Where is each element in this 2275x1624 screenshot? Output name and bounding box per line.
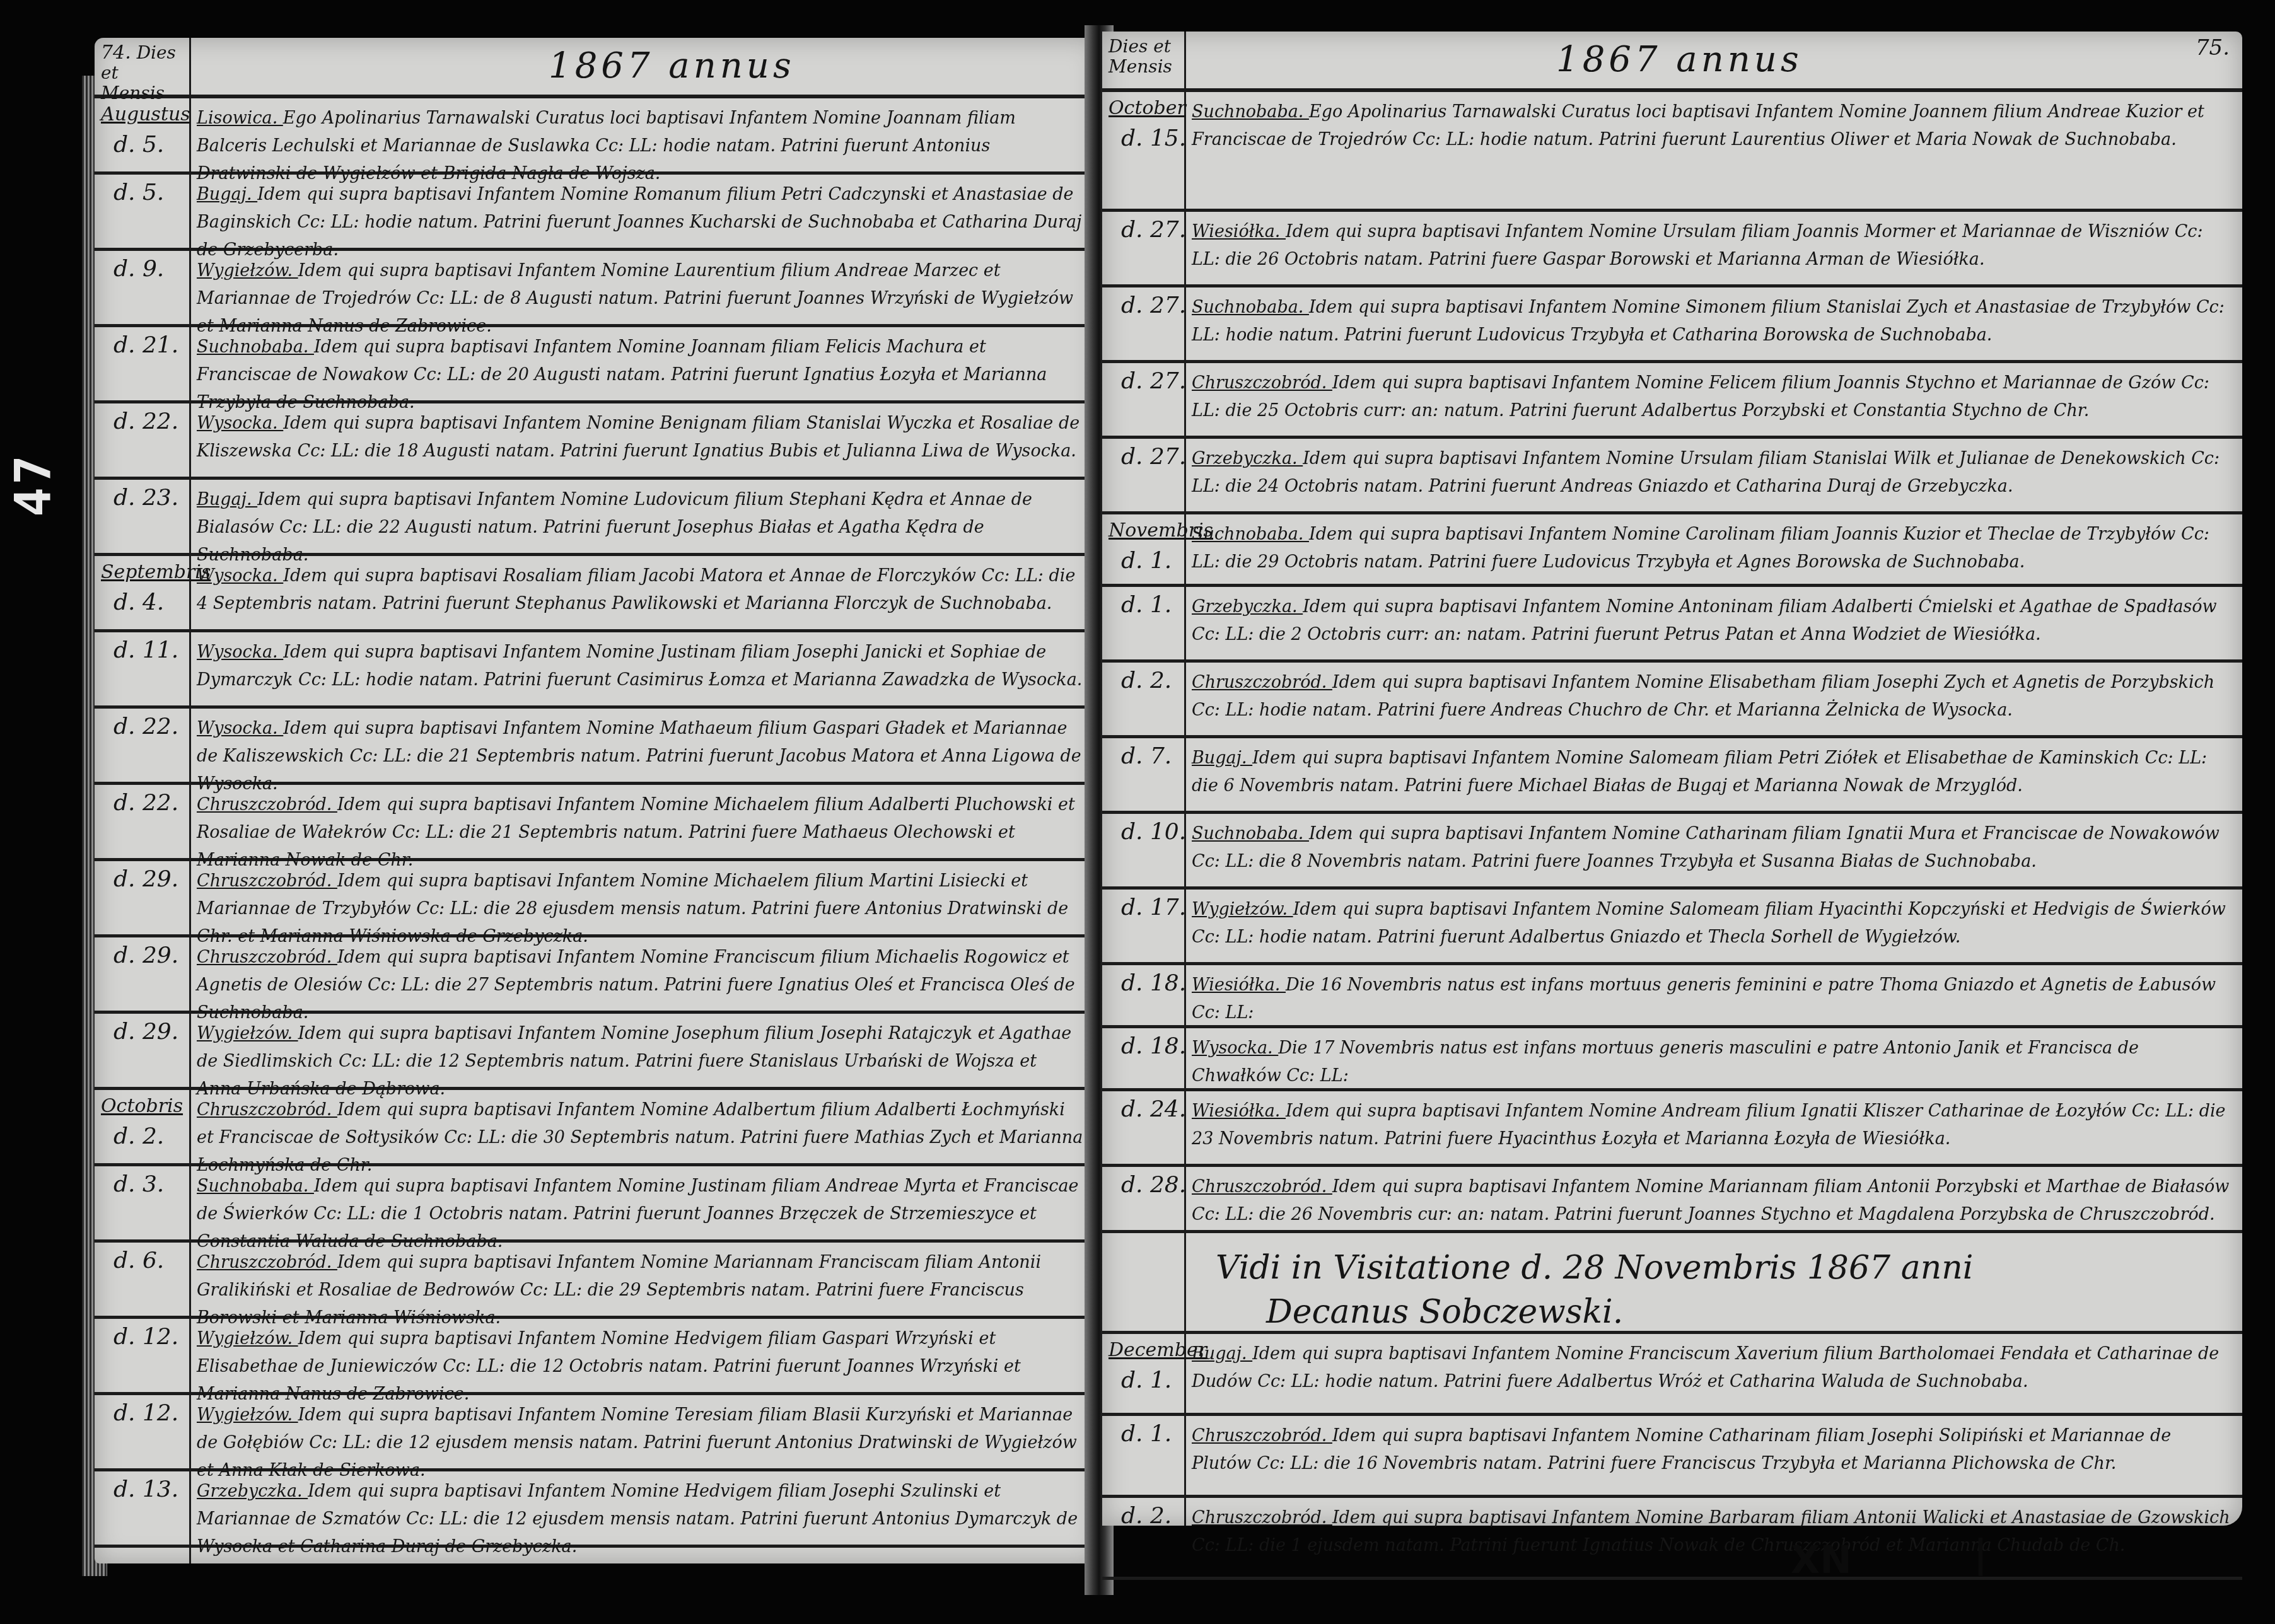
entry-day: d. 29.	[101, 866, 183, 892]
entry-date: d. 1.	[1108, 592, 1190, 618]
entry-village: Suchnobaba.	[197, 337, 314, 357]
entry-body: Idem qui supra baptisavi Infantem Nomine…	[197, 261, 1073, 336]
register-entry: Augustusd. 5.Lisowica. Ego Apolinarius T…	[95, 98, 1097, 175]
register-entry: d. 12.Wygiełzów. Idem qui supra baptisav…	[95, 1395, 1097, 1471]
entry-day: d. 6.	[101, 1248, 183, 1273]
entry-village: Wygiełzów.	[197, 1329, 298, 1348]
entry-date: d. 22.	[101, 714, 183, 739]
entry-body: Idem qui supra baptisavi Infantem Nomine…	[1192, 748, 2207, 796]
register-entry: d. 10.Suchnobaba. Idem qui supra baptisa…	[1102, 814, 2242, 890]
entry-date: d. 12.	[101, 1400, 183, 1426]
entry-text: Wiesiółka. Idem qui supra baptisavi Infa…	[1192, 1098, 2231, 1153]
register-entry: d. 29.Chruszczobród. Idem qui supra bapt…	[95, 861, 1097, 937]
entry-date: d. 27.	[1108, 217, 1190, 243]
register-entry: d. 6.Chruszczobród. Idem qui supra bapti…	[95, 1243, 1097, 1319]
register-entry: d. 17.Wygiełzów. Idem qui supra baptisav…	[1102, 890, 2242, 965]
entry-village: Lisowica.	[197, 108, 283, 128]
entry-body: Idem qui supra baptisavi Infantem Nomine…	[1192, 1177, 2229, 1224]
register-entry: Octoberd. 15.Suchnobaba. Ego Apolinarius…	[1102, 92, 2242, 212]
entry-day: d. 3.	[101, 1171, 183, 1197]
entry-day: d. 2.	[101, 1123, 183, 1149]
entry-village: Bugaj.	[1192, 748, 1252, 768]
entry-day: d. 29.	[101, 1019, 183, 1045]
entry-date: Augustusd. 5.	[101, 103, 183, 158]
entry-day: d. 12.	[101, 1400, 183, 1426]
register-entry: d. 27.Suchnobaba. Idem qui supra baptisa…	[1102, 287, 2242, 363]
entry-day: d. 12.	[101, 1324, 183, 1350]
entry-text: Wiesiółka. Idem qui supra baptisavi Infa…	[1192, 218, 2231, 274]
entry-village: Suchnobaba.	[1192, 824, 1309, 844]
entry-body: Idem qui supra baptisavi Infantem Nomine…	[1192, 1508, 2230, 1555]
entry-village: Wysocka.	[197, 719, 283, 738]
entry-day: d. 17.	[1108, 895, 1190, 920]
entry-date: d. 29.	[101, 1019, 183, 1045]
entry-body: Idem qui supra baptisavi Infantem Nomine…	[197, 642, 1082, 690]
entry-date: d. 11.	[101, 637, 183, 663]
entry-date: Octobrisd. 2.	[101, 1095, 183, 1149]
entry-day: d. 27.	[1108, 293, 1190, 318]
entry-body: Idem qui supra baptisavi Infantem Nomine…	[197, 1024, 1071, 1099]
entry-village: Chruszczobród.	[197, 795, 337, 815]
entry-village: Wygiełzów.	[197, 261, 298, 281]
frame-counter: 47	[0, 460, 81, 517]
entry-day: d. 4.	[101, 589, 183, 615]
entry-village: Wygiełzów.	[1192, 900, 1293, 919]
entry-day: d. 22.	[101, 714, 183, 739]
entry-month: Septembris	[101, 561, 183, 583]
register-entry: Decemberd. 1.Bugaj. Idem qui supra bapti…	[1102, 1334, 2242, 1416]
entry-date: d. 17.	[1108, 895, 1190, 920]
entry-text: Bugaj. Idem qui supra baptisavi Infantem…	[1192, 745, 2231, 800]
entry-day: d. 11.	[101, 637, 183, 663]
entry-village: Chruszczobród.	[197, 1100, 337, 1120]
entry-day: d. 29.	[101, 942, 183, 968]
register-entry: d. 2.Chruszczobród. Idem qui supra bapti…	[1102, 1498, 2242, 1580]
left-page-header: 74. Dies et Mensis 1867 annus	[95, 38, 1097, 98]
visitation-line-1: Vidi in Visitatione d. 28 Novembris 1867…	[1216, 1249, 1973, 1287]
entry-date: d. 22.	[101, 790, 183, 816]
right-page: Dies et Mensis 1867 annus 75. Octoberd. …	[1102, 32, 2242, 1526]
register-entry: d. 18.Wysocka. Die 17 Novembris natus es…	[1102, 1028, 2242, 1091]
entry-day: d. 27.	[1108, 368, 1190, 394]
entry-date: d. 9.	[101, 256, 183, 282]
entry-date: d. 2.	[1108, 668, 1190, 693]
register-entry: d. 9.Wygiełzów. Idem qui supra baptisavi…	[95, 251, 1097, 327]
entry-day: d. 21.	[101, 332, 183, 358]
entry-month: Octobris	[101, 1095, 183, 1117]
entry-day: d. 7.	[1108, 743, 1190, 769]
entry-body: Idem qui supra baptisavi Infantem Nomine…	[1192, 373, 2209, 420]
entry-text: Wygiełzów. Idem qui supra baptisavi Infa…	[1192, 896, 2231, 951]
entry-date: d. 5.	[101, 180, 183, 206]
entry-text: Chruszczobród. Idem qui supra baptisavi …	[1192, 669, 2231, 724]
register-entry: d. 5.Bugaj. Idem qui supra baptisavi Inf…	[95, 175, 1097, 251]
entry-village: Wysocka.	[197, 642, 283, 662]
right-page-header: Dies et Mensis 1867 annus 75.	[1102, 32, 2242, 92]
entry-body: Idem qui supra baptisavi Infantem Nomine…	[197, 719, 1081, 794]
entry-village: Chruszczobród.	[1192, 1508, 1332, 1528]
register-entry: d. 11.Wysocka. Idem qui supra baptisavi …	[95, 632, 1097, 709]
register-entry: d. 22.Chruszczobród. Idem qui supra bapt…	[95, 785, 1097, 861]
entry-village: Grzebyczka.	[1192, 449, 1303, 468]
register-entry: d. 1.Chruszczobród. Idem qui supra bapti…	[1102, 1416, 2242, 1498]
register-entry: d. 29.Wygiełzów. Idem qui supra baptisav…	[95, 1014, 1097, 1090]
entry-body: Ego Apolinarius Tarnawalski Curatus loci…	[1192, 102, 2204, 149]
entry-text: Grzebyczka. Idem qui supra baptisavi Inf…	[197, 1478, 1086, 1561]
entry-day: d. 18.	[1108, 1033, 1190, 1059]
entry-body: Idem qui supra baptisavi Infantem Nomine…	[1192, 298, 2225, 345]
register-entry: d. 18.Wiesiółka. Die 16 Novembris natus …	[1102, 965, 2242, 1028]
entry-body: Idem qui supra baptisavi Infantem Nomine…	[197, 414, 1079, 461]
entry-date: d. 27.	[1108, 368, 1190, 394]
entry-body: Idem qui supra baptisavi Infantem Nomine…	[1192, 597, 2217, 644]
entry-village: Chruszczobród.	[197, 948, 337, 967]
entry-month: Augustus	[101, 103, 183, 125]
entry-text: Chruszczobród. Idem qui supra baptisavi …	[1192, 1173, 2231, 1229]
entry-date: d. 27.	[1108, 293, 1190, 318]
entry-day: d. 22.	[101, 409, 183, 434]
entry-text: Suchnobaba. Idem qui supra baptisavi Inf…	[1192, 820, 2231, 876]
entry-day: d. 2.	[1108, 1503, 1190, 1529]
ink-mark: XN	[1791, 1538, 1851, 1582]
register-entry: d. 21.Suchnobaba. Idem qui supra baptisa…	[95, 327, 1097, 403]
entry-date: d. 23.	[101, 485, 183, 511]
entry-date: d. 18.	[1108, 1033, 1190, 1059]
entry-body: Idem qui supra baptisavi Infantem Nomine…	[1192, 449, 2220, 496]
entry-body: Idem qui supra baptisavi Rosaliam filiam…	[197, 566, 1075, 613]
entry-date: d. 28.	[1108, 1172, 1190, 1198]
entry-day: d. 10.	[1108, 819, 1190, 845]
entry-text: Chruszczobród. Idem qui supra baptisavi …	[1192, 1504, 2231, 1560]
entry-day: d. 2.	[1108, 668, 1190, 693]
entry-village: Suchnobaba.	[197, 1176, 314, 1196]
entry-text: Suchnobaba. Ego Apolinarius Tarnawalski …	[1192, 98, 2231, 154]
entry-date: d. 12.	[101, 1324, 183, 1350]
entry-village: Suchnobaba.	[1192, 298, 1309, 317]
entry-village: Suchnobaba.	[1192, 102, 1309, 122]
entry-text: Chruszczobród. Idem qui supra baptisavi …	[1192, 369, 2231, 425]
entry-village: Chruszczobród.	[1192, 1426, 1332, 1446]
entry-date: d. 7.	[1108, 743, 1190, 769]
entry-day: d. 24.	[1108, 1096, 1190, 1122]
register-entry: d. 28.Chruszczobród. Idem qui supra bapt…	[1102, 1167, 2242, 1233]
entry-text: Wysocka. Die 17 Novembris natus est infa…	[1192, 1035, 2231, 1090]
visitation-signature: Decanus Sobczewski.	[1216, 1290, 2242, 1334]
entry-day: d. 22.	[101, 790, 183, 816]
entry-village: Wiesiółka.	[1192, 975, 1286, 995]
entry-day: d. 9.	[101, 256, 183, 282]
entry-day: d. 27.	[1108, 217, 1190, 243]
visitation-note: Vidi in Visitatione d. 28 Novembris 1867…	[1102, 1233, 2242, 1334]
entry-day: d. 1.	[1108, 1421, 1190, 1447]
right-column-label: Dies et Mensis	[1108, 37, 1184, 77]
entry-month: December	[1108, 1339, 1190, 1361]
entry-village: Grzebyczka.	[197, 1482, 308, 1501]
right-entries: Octoberd. 15.Suchnobaba. Ego Apolinarius…	[1102, 92, 2242, 1580]
entry-date: d. 18.	[1108, 970, 1190, 996]
register-entry: d. 1.Grzebyczka. Idem qui supra baptisav…	[1102, 587, 2242, 663]
entry-day: d. 1.	[1108, 1367, 1190, 1393]
entry-village: Wiesiółka.	[1192, 1101, 1286, 1121]
entry-day: d. 5.	[101, 180, 183, 206]
register-entry: d. 27.Wiesiółka. Idem qui supra baptisav…	[1102, 212, 2242, 287]
entry-body: Die 16 Novembris natus est infans mortuu…	[1192, 975, 2216, 1023]
entry-body: Idem qui supra baptisavi Infantem Nomine…	[197, 1482, 1078, 1557]
entry-text: Grzebyczka. Idem qui supra baptisavi Inf…	[1192, 593, 2231, 649]
entry-day: d. 1.	[1108, 592, 1190, 618]
entry-body: Idem qui supra baptisavi Infantem Nomine…	[1192, 525, 2209, 572]
entry-date: d. 29.	[101, 942, 183, 968]
entry-village: Grzebyczka.	[1192, 597, 1303, 617]
entry-village: Wysocka.	[197, 414, 283, 433]
entry-body: Idem qui supra baptisavi Infantem Nomine…	[1192, 900, 2226, 947]
entry-village: Chruszczobród.	[197, 871, 337, 891]
entry-village: Wiesiółka.	[1192, 222, 1286, 241]
entry-body: Ego Apolinarius Tarnawalski Curatus loci…	[197, 108, 1016, 183]
entry-village: Chruszczobród.	[1192, 1177, 1332, 1197]
entry-text: Wysocka. Idem qui supra baptisavi Infant…	[197, 639, 1086, 694]
entry-day: d. 28.	[1108, 1172, 1190, 1198]
left-entries: Augustusd. 5.Lisowica. Ego Apolinarius T…	[95, 98, 1097, 1548]
entry-month: October	[1108, 97, 1190, 119]
left-page-number: 74.	[101, 42, 131, 64]
entry-body: Idem qui supra baptisavi Infantem Nomine…	[197, 185, 1081, 260]
register-entry: d. 29.Chruszczobród. Idem qui supra bapt…	[95, 937, 1097, 1014]
entry-date: Septembrisd. 4.	[101, 561, 183, 615]
register-entry: d. 22.Wysocka. Idem qui supra baptisavi …	[95, 403, 1097, 480]
entry-village: Suchnobaba.	[1192, 525, 1309, 544]
left-page-title: 1867 annus	[549, 45, 795, 86]
entry-body: Idem qui supra baptisavi Infantem Nomine…	[197, 1329, 1021, 1404]
register-entry: Octobrisd. 2.Chruszczobród. Idem qui sup…	[95, 1090, 1097, 1166]
entry-body: Idem qui supra baptisavi Infantem Nomine…	[1192, 1344, 2219, 1391]
entry-text: Chruszczobród. Idem qui supra baptisavi …	[1192, 1422, 2231, 1478]
entry-day: d. 27.	[1108, 444, 1190, 470]
entry-village: Bugaj.	[1192, 1344, 1252, 1364]
entry-body: Idem qui supra baptisavi Infantem Nomine…	[1192, 673, 2214, 720]
entry-village: Wygiełzów.	[197, 1024, 298, 1043]
entry-date: d. 10.	[1108, 819, 1190, 845]
entry-body: Idem qui supra baptisavi Infantem Nomine…	[1192, 824, 2220, 871]
entry-day: d. 18.	[1108, 970, 1190, 996]
entry-body: Idem qui supra baptisavi Infantem Nomine…	[197, 1405, 1077, 1480]
register-entry: d. 13.Grzebyczka. Idem qui supra baptisa…	[95, 1471, 1097, 1548]
right-page-number: 75.	[2196, 35, 2230, 61]
entry-date: d. 6.	[101, 1248, 183, 1273]
entry-village: Bugaj.	[197, 490, 257, 509]
ink-mark: |	[1974, 1532, 1987, 1576]
entry-day: d. 15.	[1108, 125, 1190, 151]
entry-day: d. 1.	[1108, 548, 1190, 574]
entry-date: Novembrisd. 1.	[1108, 519, 1190, 574]
entry-month: Novembris	[1108, 519, 1190, 542]
entry-village: Wysocka.	[197, 566, 283, 586]
entry-day: d. 13.	[101, 1476, 183, 1502]
entry-text: Wysocka. Idem qui supra baptisavi Infant…	[197, 410, 1086, 465]
left-column-label: 74. Dies et Mensis	[101, 43, 177, 103]
register-entry: d. 7.Bugaj. Idem qui supra baptisavi Inf…	[1102, 738, 2242, 814]
register-entry: d. 27.Chruszczobród. Idem qui supra bapt…	[1102, 363, 2242, 439]
entry-date: d. 27.	[1108, 444, 1190, 470]
register-entry: d. 2.Chruszczobród. Idem qui supra bapti…	[1102, 663, 2242, 738]
entry-date: d. 13.	[101, 1476, 183, 1502]
entry-body: Idem qui supra baptisavi Infantem Nomine…	[197, 490, 1032, 565]
entry-village: Chruszczobród.	[1192, 373, 1332, 393]
entry-date: d. 1.	[1108, 1421, 1190, 1447]
entry-village: Chruszczobród.	[1192, 673, 1332, 692]
left-page: 74. Dies et Mensis 1867 annus Augustusd.…	[95, 38, 1097, 1563]
entry-date: d. 22.	[101, 409, 183, 434]
register-entry: d. 27.Grzebyczka. Idem qui supra baptisa…	[1102, 439, 2242, 514]
entry-village: Wygiełzów.	[197, 1405, 298, 1425]
entry-date: d. 29.	[101, 866, 183, 892]
entry-text: Wysocka. Idem qui supra baptisavi Rosali…	[197, 562, 1086, 618]
entry-date: Decemberd. 1.	[1108, 1339, 1190, 1393]
register-entry: d. 24.Wiesiółka. Idem qui supra baptisav…	[1102, 1091, 2242, 1167]
entry-body: Idem qui supra baptisavi Infantem Nomine…	[1192, 222, 2203, 269]
entry-village: Chruszczobród.	[197, 1253, 337, 1272]
entry-text: Wiesiółka. Die 16 Novembris natus est in…	[1192, 971, 2231, 1027]
entry-body: Idem qui supra baptisavi Infantem Nomine…	[1192, 1101, 2226, 1149]
entry-text: Suchnobaba. Idem qui supra baptisavi Inf…	[1192, 521, 2231, 576]
entry-date: d. 3.	[101, 1171, 183, 1197]
entry-date: d. 2.	[1108, 1503, 1190, 1529]
entry-text: Grzebyczka. Idem qui supra baptisavi Inf…	[1192, 445, 2231, 501]
register-entry: Septembrisd. 4.Wysocka. Idem qui supra b…	[95, 556, 1097, 632]
entry-body: Idem qui supra baptisavi Infantem Nomine…	[197, 1176, 1078, 1251]
register-entry: d. 12.Wygiełzów. Idem qui supra baptisav…	[95, 1319, 1097, 1395]
entry-body: Die 17 Novembris natus est infans mortuu…	[1192, 1038, 2139, 1086]
register-entry: d. 3.Suchnobaba. Idem qui supra baptisav…	[95, 1166, 1097, 1243]
entry-date: d. 24.	[1108, 1096, 1190, 1122]
entry-village: Wysocka.	[1192, 1038, 1278, 1058]
register-entry: Novembrisd. 1.Suchnobaba. Idem qui supra…	[1102, 514, 2242, 587]
entry-text: Bugaj. Idem qui supra baptisavi Infantem…	[1192, 1340, 2231, 1396]
entry-date: d. 21.	[101, 332, 183, 358]
right-page-title: 1867 annus	[1556, 39, 1803, 80]
entry-day: d. 5.	[101, 132, 183, 158]
entry-text: Suchnobaba. Idem qui supra baptisavi Inf…	[1192, 294, 2231, 349]
entry-date: Octoberd. 15.	[1108, 97, 1190, 151]
entry-day: d. 23.	[101, 485, 183, 511]
entry-village: Bugaj.	[197, 185, 257, 204]
entry-body: Idem qui supra baptisavi Infantem Nomine…	[197, 337, 1047, 412]
entry-body: Idem qui supra baptisavi Infantem Nomine…	[1192, 1426, 2171, 1473]
register-entry: d. 23.Bugaj. Idem qui supra baptisavi In…	[95, 480, 1097, 556]
register-entry: d. 22.Wysocka. Idem qui supra baptisavi …	[95, 709, 1097, 785]
